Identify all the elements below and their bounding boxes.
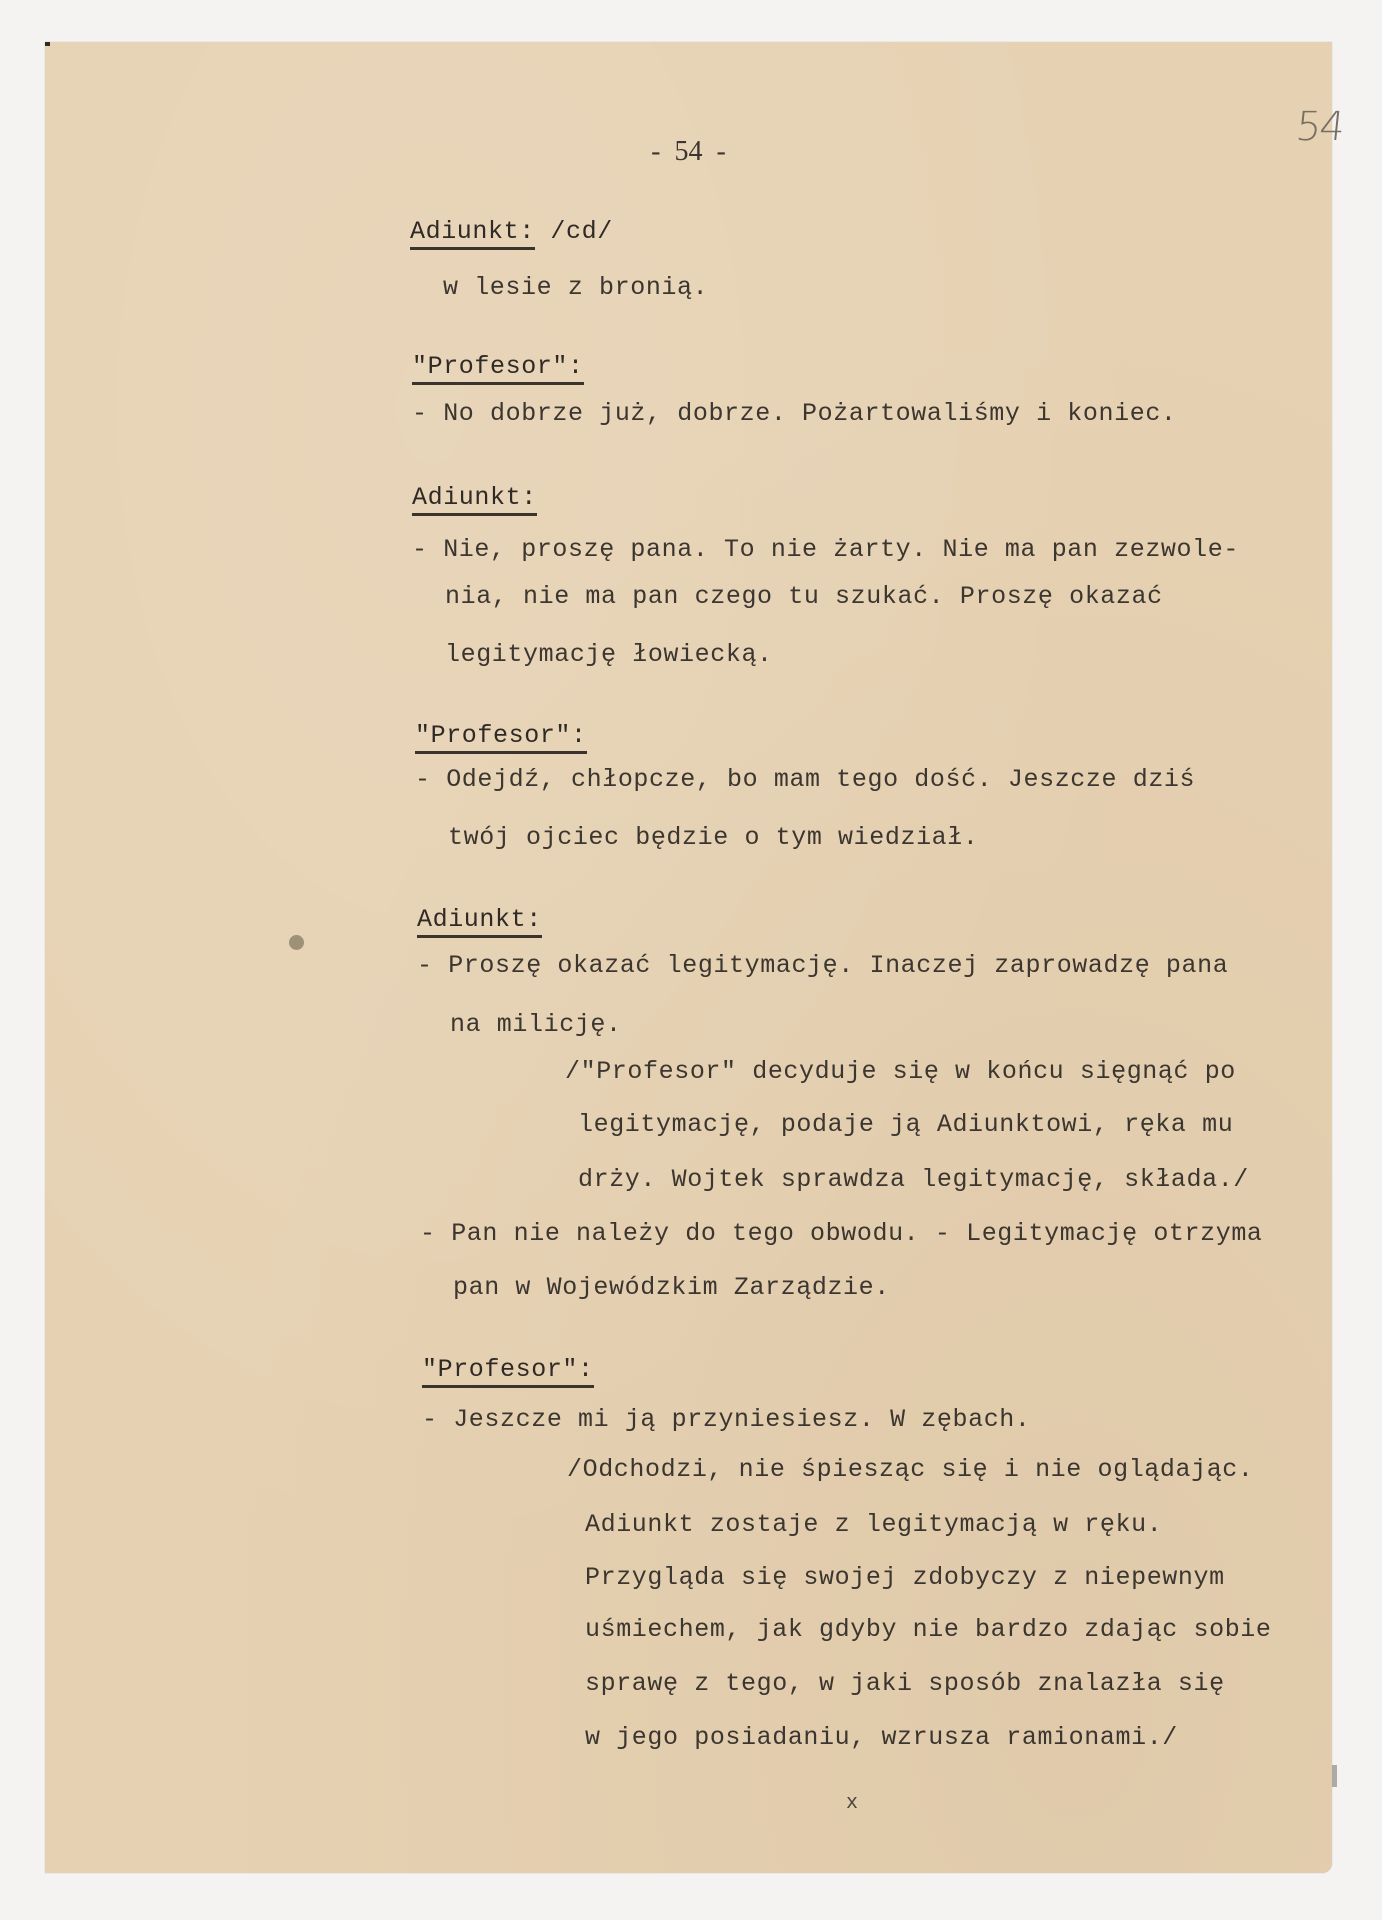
speaker-heading: "Profesor": bbox=[412, 352, 584, 382]
stage-direction-line: /Odchodzi, nie śpiesząc się i nie ogląda… bbox=[567, 1455, 1254, 1485]
dialogue-line: - Jeszcze mi ją przyniesiesz. W zębach. bbox=[422, 1405, 1031, 1435]
speaker-heading: Adiunkt: bbox=[417, 905, 542, 935]
speaker-heading: "Profesor": bbox=[415, 721, 587, 751]
speaker-name: "Profesor": bbox=[415, 721, 587, 754]
stage-direction-line: w jego posiadaniu, wzrusza ramionami./ bbox=[585, 1723, 1178, 1753]
speaker-name: "Profesor": bbox=[412, 352, 584, 385]
page-number: - 54 - bbox=[45, 136, 1332, 168]
speaker-heading: Adiunkt: bbox=[412, 483, 537, 513]
end-mark: x bbox=[846, 1792, 858, 1815]
dialogue-line: pan w Wojewódzkim Zarządzie. bbox=[453, 1273, 890, 1303]
stage-direction-line: legitymację, podaje ją Adiunktowi, ręka … bbox=[578, 1110, 1233, 1140]
punch-hole-mark bbox=[289, 935, 304, 950]
dialogue-line: - No dobrze już, dobrze. Pożartowaliśmy … bbox=[412, 399, 1177, 429]
corner-mark bbox=[45, 42, 50, 46]
dialogue-line: nia, nie ma pan czego tu szukać. Proszę … bbox=[445, 582, 1163, 612]
speaker-name: "Profesor": bbox=[422, 1355, 594, 1388]
stage-direction-line: uśmiechem, jak gdyby nie bardzo zdając s… bbox=[585, 1615, 1272, 1645]
speaker-suffix: /cd/ bbox=[535, 217, 613, 246]
stage-direction-line: drży. Wojtek sprawdza legitymację, skład… bbox=[578, 1165, 1249, 1195]
dialogue-line: - Proszę okazać legitymację. Inaczej zap… bbox=[417, 951, 1228, 981]
staple-mark bbox=[1332, 1765, 1337, 1787]
typewritten-page: 54 - 54 - Adiunkt: /cd/ w lesie z bronią… bbox=[45, 42, 1332, 1873]
dialogue-line: - Odejdź, chłopcze, bo mam tego dość. Je… bbox=[415, 765, 1195, 795]
stage-direction-line: Przygląda się swojej zdobyczy z niepewny… bbox=[585, 1563, 1225, 1593]
speaker-heading: "Profesor": bbox=[422, 1355, 594, 1385]
speaker-name: Adiunkt: bbox=[417, 905, 542, 938]
speaker-heading: Adiunkt: /cd/ bbox=[410, 217, 613, 247]
stage-direction-line: /"Profesor" decyduje się w końcu sięgnąć… bbox=[565, 1057, 1236, 1087]
stage-direction-line: sprawę z tego, w jaki sposób znalazła si… bbox=[585, 1669, 1225, 1699]
dialogue-line: twój ojciec będzie o tym wiedział. bbox=[448, 823, 978, 853]
dialogue-line: legitymację łowiecką. bbox=[445, 640, 773, 670]
speaker-name: Adiunkt: bbox=[412, 483, 537, 516]
speaker-name: Adiunkt: bbox=[410, 217, 535, 250]
dialogue-line: - Nie, proszę pana. To nie żarty. Nie ma… bbox=[412, 535, 1239, 565]
dialogue-line: - Pan nie należy do tego obwodu. - Legit… bbox=[420, 1219, 1263, 1249]
dialogue-line: na milicję. bbox=[450, 1010, 622, 1040]
dialogue-line: w lesie z bronią. bbox=[443, 273, 708, 303]
stage-direction-line: Adiunkt zostaje z legitymacją w ręku. bbox=[585, 1510, 1162, 1540]
